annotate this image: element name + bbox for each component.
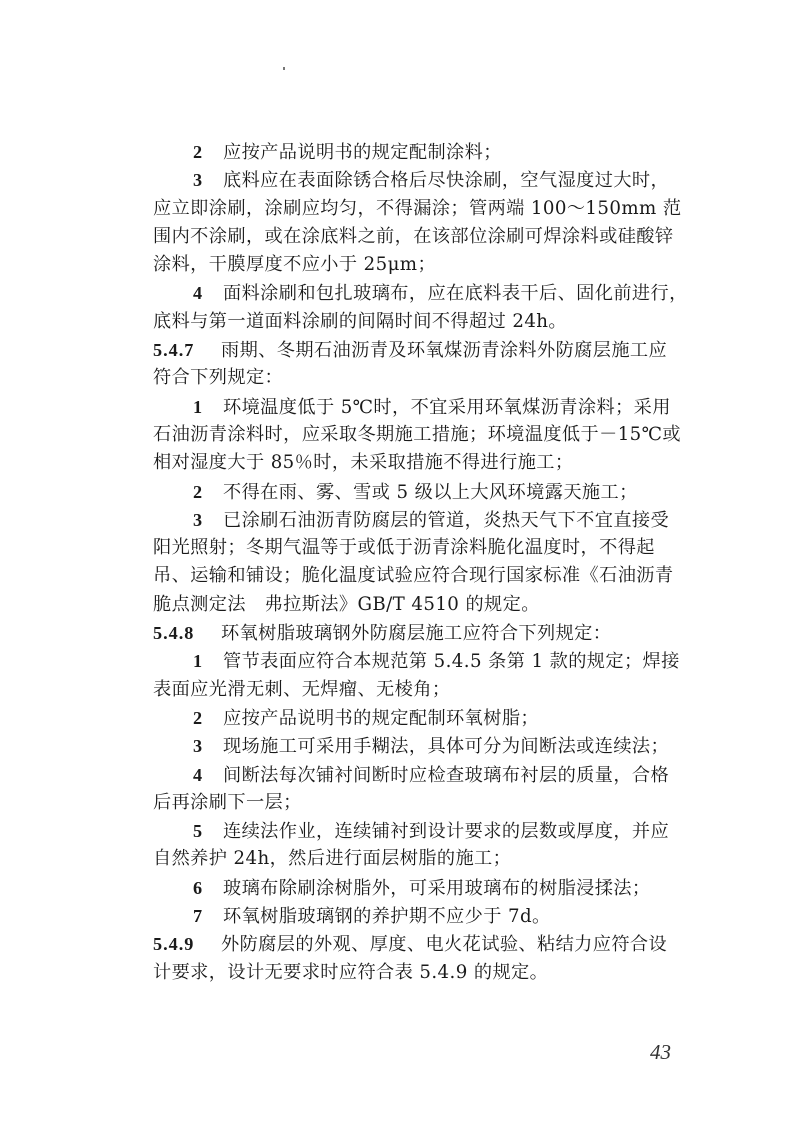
item-number: 6 — [193, 874, 223, 902]
item-number: 2 — [193, 478, 223, 506]
clause-title: 雨期、冬期石油沥青及环氧煤沥青涂料外防腐层施工应 — [221, 340, 667, 361]
text-line: 后再涂刷下一层； — [153, 789, 665, 817]
list-item: 2不得在雨、雾、雪或 5 级以上大风环境露天施工； — [153, 478, 665, 506]
item-number: 5 — [193, 817, 223, 845]
document-page: 2应按产品说明书的规定配制涂料； 3底料应在表面除锈合格后尽快涂刷，空气湿度过大… — [153, 138, 665, 987]
text-line: 脆点测定法 弗拉斯法》GB/T 4510 的规定。 — [153, 591, 665, 619]
list-item: 4间断法每次铺衬间断时应检查玻璃布衬层的质量，合格 — [153, 761, 665, 789]
text-line: 自然养护 24h，然后进行面层树脂的施工； — [153, 845, 665, 873]
clause-title: 外防腐层的外观、厚度、电火花试验、粘结力应符合设 — [221, 934, 667, 955]
list-item: 5连续法作业，连续铺衬到设计要求的层数或厚度，并应 — [153, 817, 665, 845]
item-text: 不得在雨、雾、雪或 5 级以上大风环境露天施工； — [223, 482, 638, 503]
item-text: 已涂刷石油沥青防腐层的管道，炎热天气下不宜直接受 — [223, 510, 669, 531]
item-number: 1 — [193, 393, 223, 421]
text-line: 符合下列规定： — [153, 364, 665, 392]
item-text: 环境温度低于 5℃时，不宜采用环氧煤沥青涂料；采用 — [223, 397, 671, 418]
text-line: 相对湿度大于 85％时，未采取措施不得进行施工； — [153, 449, 665, 477]
clause-heading: 5.4.7雨期、冬期石油沥青及环氧煤沥青涂料外防腐层施工应 — [153, 336, 665, 364]
clause-heading: 5.4.9外防腐层的外观、厚度、电火花试验、粘结力应符合设 — [153, 930, 665, 958]
list-item: 3底料应在表面除锈合格后尽快涂刷，空气湿度过大时， — [153, 166, 665, 194]
item-number: 4 — [193, 761, 223, 789]
clause-heading: 5.4.8环氧树脂玻璃钢外防腐层施工应符合下列规定： — [153, 619, 665, 647]
clause-title: 环氧树脂玻璃钢外防腐层施工应符合下列规定： — [221, 623, 611, 644]
text-line: 表面应光滑无刺、无焊瘤、无棱角； — [153, 676, 665, 704]
text-line: 围内不涂刷，或在涂底料之前，在该部位涂刷可焊涂料或硅酸锌 — [153, 223, 665, 251]
clause-number: 5.4.9 — [153, 930, 221, 958]
item-text: 应按产品说明书的规定配制环氧树脂； — [223, 708, 539, 729]
list-item: 4面料涂刷和包扎玻璃布，应在底料表干后、固化前进行， — [153, 279, 665, 307]
scan-speck — [283, 67, 285, 70]
page-number: 43 — [650, 1040, 671, 1065]
item-number: 2 — [193, 704, 223, 732]
text-line: 底料与第一道面料涂刷的间隔时间不得超过 24h。 — [153, 308, 665, 336]
item-text: 间断法每次铺衬间断时应检查玻璃布衬层的质量，合格 — [223, 765, 669, 786]
item-text: 底料应在表面除锈合格后尽快涂刷，空气湿度过大时， — [223, 170, 669, 191]
text-line: 吊、运输和铺设；脆化温度试验应符合现行国家标准《石油沥青 — [153, 562, 665, 590]
clause-number: 5.4.8 — [153, 619, 221, 647]
text-line: 涂料，干膜厚度不应小于 25μm； — [153, 251, 665, 279]
item-number: 4 — [193, 279, 223, 307]
text-line: 计要求，设计无要求时应符合表 5.4.9 的规定。 — [153, 959, 665, 987]
item-text: 管节表面应符合本规范第 5.4.5 条第 1 款的规定；焊接 — [223, 651, 680, 672]
list-item: 3已涂刷石油沥青防腐层的管道，炎热天气下不宜直接受 — [153, 506, 665, 534]
list-item: 2应按产品说明书的规定配制环氧树脂； — [153, 704, 665, 732]
item-number: 7 — [193, 902, 223, 930]
item-text: 连续法作业，连续铺衬到设计要求的层数或厚度，并应 — [223, 821, 669, 842]
item-number: 3 — [193, 166, 223, 194]
list-item: 1环境温度低于 5℃时，不宜采用环氧煤沥青涂料；采用 — [153, 393, 665, 421]
item-text: 环氧树脂玻璃钢的养护期不应少于 7d。 — [223, 906, 551, 927]
item-text: 应按产品说明书的规定配制涂料； — [223, 142, 502, 163]
item-number: 2 — [193, 138, 223, 166]
item-text: 现场施工可采用手糊法，具体可分为间断法或连续法； — [223, 736, 669, 757]
item-text: 面料涂刷和包扎玻璃布，应在底料表干后、固化前进行， — [223, 283, 688, 304]
text-line: 阳光照射；冬期气温等于或低于沥青涂料脆化温度时，不得起 — [153, 534, 665, 562]
list-item: 6玻璃布除刷涂树脂外，可采用玻璃布的树脂浸揉法； — [153, 874, 665, 902]
text-line: 石油沥青涂料时，应采取冬期施工措施；环境温度低于－15℃或 — [153, 421, 665, 449]
item-number: 1 — [193, 647, 223, 675]
item-number: 3 — [193, 506, 223, 534]
item-text: 玻璃布除刷涂树脂外，可采用玻璃布的树脂浸揉法； — [223, 878, 651, 899]
clause-number: 5.4.7 — [153, 336, 221, 364]
list-item: 2应按产品说明书的规定配制涂料； — [153, 138, 665, 166]
list-item: 1管节表面应符合本规范第 5.4.5 条第 1 款的规定；焊接 — [153, 647, 665, 675]
list-item: 3现场施工可采用手糊法，具体可分为间断法或连续法； — [153, 732, 665, 760]
list-item: 7环氧树脂玻璃钢的养护期不应少于 7d。 — [153, 902, 665, 930]
item-number: 3 — [193, 732, 223, 760]
text-line: 应立即涂刷，涂刷应均匀，不得漏涂；管两端 100～150mm 范 — [153, 195, 665, 223]
